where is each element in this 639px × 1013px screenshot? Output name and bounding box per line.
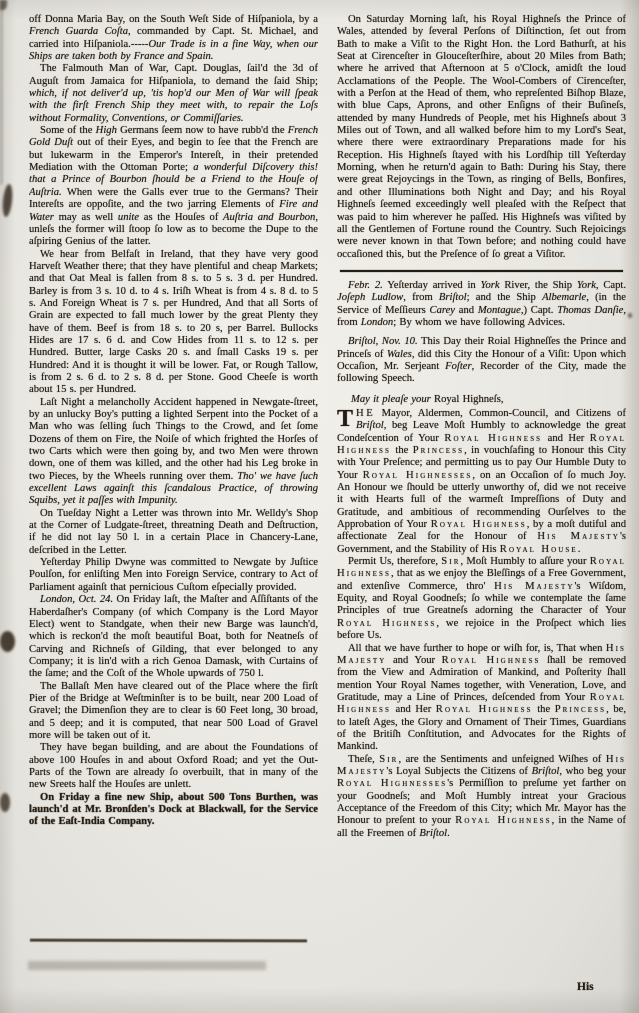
left-column: off Donna Maria Bay, on the South Weſt S… [29,14,318,1002]
text-segment: When were the Galls ever true to the Ger… [29,187,318,210]
text-segment: Royal Highness [455,815,551,826]
text-segment: His Majesty [537,531,620,542]
text-segment: Some of the [40,125,96,136]
text-segment: May it pleaſe your [351,394,434,405]
text-segment: Briſtol [439,292,467,303]
text-segment: Febr. 2. [348,280,383,291]
newspaper-page: off Donna Maria Bay, on the South Weſt S… [0,0,639,1013]
text-segment: ; and the Ship [467,292,542,303]
news-item-oxford-road-houses: They have began building, and are about … [29,742,318,791]
text-segment: Royal Highness [431,519,527,530]
text-segment: Germans ſeem now to have rubb'd the [117,125,288,136]
text-segment: On Saturday Morning laſt, his Royal High… [337,14,626,260]
text-segment: Royal Highness [436,704,533,715]
text-segment: The Falmouth Man of War, Capt. Douglas, … [29,63,318,86]
text-segment: and Her [542,433,590,444]
text-segment: Sir [379,754,398,765]
text-segment: On Friday a fine new Ship, about 500 Ton… [29,792,318,828]
text-segment: His Majesty [494,581,574,592]
text-segment: off Donna Maria Bay, on the South Weſt S… [29,14,318,25]
text-segment: Royal Highness [444,433,542,444]
text-segment: as the Houſes of [139,212,223,223]
text-segment: . [447,828,450,839]
news-item-new-ship-struck: On Friday a fine new Ship, about 500 Ton… [29,792,318,829]
text-segment: Princess [555,704,606,715]
news-item-falmouth: The Falmouth Man of War, Capt. Douglas, … [29,63,318,125]
text-segment: unite [118,212,139,223]
text-segment: Briſtol [419,828,447,839]
news-item-bristol-visit: Briſtol, Nov. 10. This Day their Roial H… [337,336,626,385]
text-segment: York [577,280,596,291]
text-segment: Princess [413,445,464,456]
news-item-prince-of-wales-bath: On Saturday Morning laſt, his Royal High… [337,14,626,261]
text-segment: York [481,280,500,291]
text-segment: Thomas Danſie [557,305,623,316]
news-item-high-germans: Some of the High Germans ſeem now to hav… [29,125,318,248]
text-segment: , who beg your [559,766,626,777]
text-segment: Foſter [445,361,471,372]
text-segment: High [96,125,117,136]
text-segment: River, the Ship [500,280,577,291]
text-segment: Permit Us, therefore, [348,556,441,567]
text-segment: Wales [387,349,412,360]
text-segment: the [391,445,413,456]
text-segment: Theſe, [348,754,379,765]
text-segment: Yeſterday Philip Dwyne was committed to … [29,557,318,593]
text-segment: which, if not deliver'd up, 'tis hop'd o… [29,88,318,124]
text-segment: Joſeph Ludlow [337,292,403,303]
text-segment: , from [403,292,439,303]
drop-cap: T [337,408,356,432]
text-segment: On Friday laſt, the Maſter and Aſſiſtant… [29,594,318,679]
text-segment: , are the Sentiments and unfeigned Wiſhe… [398,754,605,765]
text-segment: . [578,544,581,555]
text-segment: French Guarda Coſta [29,26,128,37]
news-item-york-river-ships: Febr. 2. Yeſterday arrived in York River… [337,280,626,329]
news-item-newgate-accident: Laſt Night a melancholly Accident happen… [29,397,318,508]
text-segment: and [455,305,478,316]
speech-paragraph-2: Permit Us, therefore, Sir, Moſt Humbly t… [337,556,626,642]
news-item-threatening-letter: On Tueſday Night a Letter was thrown int… [29,508,318,557]
scan-artifact [0,793,10,812]
text-segment: On Tueſday Night a Letter was thrown int… [29,508,318,556]
speech-salutation: May it pleaſe your Royal Highneſs, [337,394,626,406]
text-segment: All that we have further to hope or wiſh… [348,643,606,654]
text-segment: may as well [54,212,118,223]
text-segment: and Your [386,655,441,666]
scan-artifact [0,631,15,652]
text-segment: Carey [430,305,456,316]
text-segment: ,) Capt. [521,305,557,316]
catchword: His [577,981,594,993]
text-segment: ; By whom we have following Advices. [393,317,565,328]
text-segment: , Capt. [596,280,626,291]
news-item-hispaniola: off Donna Maria Bay, on the South Weſt S… [29,14,318,63]
text-segment: 's Loyal Subjects the Citizens of [386,766,531,777]
text-segment: Laſt Night a melancholly Accident happen… [29,397,318,482]
text-segment: HE [356,408,375,419]
scan-artifact [1,184,13,218]
text-segment: Royal Highnesses [363,470,473,481]
text-segment: , Moſt Humbly to aſſure your [461,556,590,567]
text-segment: Royal House [500,544,578,555]
text-segment: and Her [391,704,436,715]
text-segment: Briſtol [356,420,384,431]
text-segment: Royal Highneſs, [434,394,503,405]
text-segment: The Ballaſt Men have cleared out of the … [29,681,318,741]
text-segment: the [533,704,555,715]
text-segment: London, Oct. 24. [40,594,113,605]
text-segment: They have began building, and are about … [29,742,318,790]
speech-paragraph-3: All that we have further to hope or wiſh… [337,643,626,754]
text-segment: Auſtria and Bourbon [223,212,315,223]
text-segment: Briſtol, Nov. 10. [348,336,418,347]
text-segment: Royal Highnesses [337,778,447,789]
scan-artifact [628,313,632,318]
text-segment: Yeſterday arrived in [383,280,481,291]
scan-artifact [0,0,3,185]
news-item-haberdashers-barge: London, Oct. 24. On Friday laſt, the Maſ… [29,594,318,680]
news-item-belfast-markets: We hear from Belfaſt in Ireland, that th… [29,249,318,397]
speech-paragraph-4: Theſe, Sir, are the Sentiments and unfei… [337,754,626,840]
text-segment: Royal Highness [442,655,541,666]
text-segment: Briſtol [532,766,560,777]
text-segment: We hear from Belfaſt in Ireland, that th… [29,249,318,396]
text-segment: Royal Highness [337,618,436,629]
text-segment: Montague [478,305,521,316]
news-item-ballast-men: The Ballaſt Men have cleared out of the … [29,681,318,743]
speech-paragraph-1: THE Mayor, Aldermen, Common-Council, and… [337,408,626,556]
section-divider-rule [340,270,623,272]
text-segment: Albemarle [542,292,586,303]
text-segment: Mayor, Aldermen, Common-Council, and Cit… [375,408,626,419]
right-column: On Saturday Morning laſt, his Royal High… [337,14,626,1002]
text-segment: London [361,317,393,328]
text-segment: Sir [441,556,460,567]
news-item-philip-dwyne: Yeſterday Philip Dwyne was committed to … [29,557,318,594]
